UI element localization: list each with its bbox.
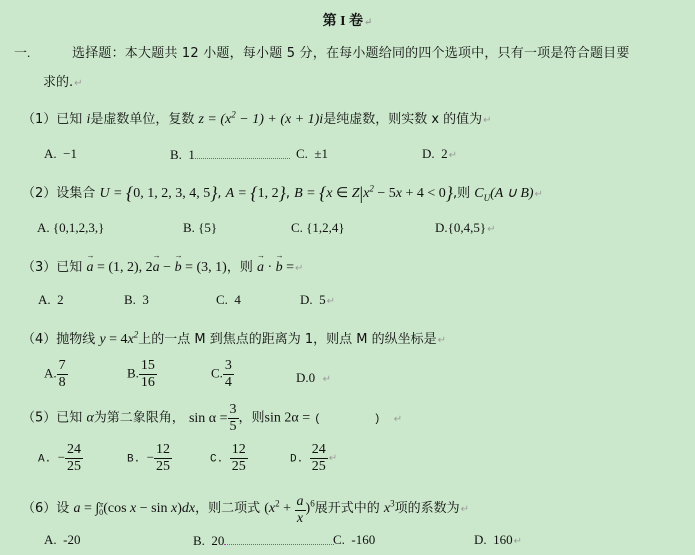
fraction: 2425 — [310, 442, 328, 475]
fraction: 1516 — [139, 358, 157, 391]
answer-blank: ( ) — [314, 414, 380, 426]
title-text: 第 I 卷 — [323, 14, 363, 29]
option-label: D. — [290, 453, 303, 465]
numerator: 7 — [57, 358, 68, 375]
option-label: B. — [193, 533, 205, 548]
q2-option-d[interactable]: D.{0,4,5}↵ — [435, 220, 496, 236]
vector-a: a — [257, 260, 264, 276]
math-integral: a = ∫π0(cos x − sin x)dx — [73, 501, 195, 516]
option-label: D. — [474, 532, 487, 547]
denominator: 25 — [65, 459, 83, 475]
question-text: 抛物线 — [56, 332, 95, 347]
numerator: 24 — [65, 442, 83, 459]
q2-option-c[interactable]: C. {1,2,4} — [291, 220, 345, 236]
paragraph-mark-icon: ↵ — [483, 115, 491, 126]
option-value: 4 — [234, 292, 241, 307]
q3-option-d[interactable]: D. 5↵ — [300, 292, 335, 308]
option-value: {0,4,5} — [448, 220, 486, 235]
dotted-underline — [224, 532, 334, 545]
numerator: 24 — [310, 442, 328, 459]
paragraph-mark-icon: ↵ — [438, 335, 446, 346]
denominator: 25 — [230, 459, 248, 475]
question-number: （3） — [22, 260, 56, 275]
option-value: -20 — [63, 532, 80, 547]
question-3: （3）已知 a = (1, 2), 2a − b = (3, 1)，则 a · … — [22, 256, 303, 276]
paragraph-mark-icon: ↵ — [449, 150, 457, 161]
fraction: 34 — [223, 358, 234, 391]
question-number: （4） — [22, 332, 56, 347]
math-sin-2alpha: sin 2α = — [265, 411, 311, 426]
question-number: （5） — [22, 411, 56, 426]
paragraph-mark-icon: ↵ — [535, 189, 543, 200]
numerator: a — [295, 494, 306, 511]
question-number: （2） — [22, 186, 56, 201]
question-1: （1）已知 i是虚数单位，复数 z = (x2 − 1) + (x + 1)i是… — [22, 108, 492, 128]
option-value: -160 — [351, 532, 375, 547]
q4-option-d[interactable]: D.0 ↵ — [296, 370, 331, 386]
denominator: 25 — [154, 459, 172, 475]
numerator: 12 — [230, 442, 248, 459]
math-set-b: B = {x ∈ Z|x2 − 5x + 4 < 0} — [294, 186, 453, 201]
q4-option-c[interactable]: C.34 — [211, 358, 234, 391]
option-label: A. — [38, 292, 51, 307]
fraction: 2425 — [65, 442, 83, 475]
q5-option-c[interactable]: C. 1225 — [210, 442, 248, 475]
vector-a: a — [153, 260, 160, 276]
paragraph-mark-icon: ↵ — [514, 536, 522, 547]
denominator: 25 — [310, 459, 328, 475]
option-value: 3 — [142, 292, 149, 307]
formula-part: = (3, 1) — [185, 260, 227, 275]
q3-option-a[interactable]: A. 2 — [38, 292, 64, 308]
option-label: C. — [333, 532, 345, 547]
question-text: 展开式中的 — [315, 501, 380, 516]
section-number: 一. — [14, 42, 30, 61]
option-label: C. — [291, 220, 303, 235]
option-value: {1,2,4} — [306, 220, 344, 235]
question-6: （6）设 a = ∫π0(cos x − sin x)dx，则二项式 (x2 +… — [22, 494, 469, 527]
math-sin-alpha: sin α =35 — [189, 411, 239, 426]
formula-part: = — [286, 260, 294, 275]
math-binomial: (x2 + ax)6 — [264, 501, 314, 516]
option-sign: − — [58, 449, 65, 464]
paragraph-mark-icon: ↵ — [487, 224, 495, 235]
math-alpha: α — [86, 411, 93, 426]
sin-expression: sin α = — [189, 411, 228, 426]
section-instructions-line1: 选择题：本大题共 12 小题，每小题 5 分，在每小题给同的四个选项中，只有一项… — [72, 42, 630, 61]
fraction: 78 — [57, 358, 68, 391]
option-label: D. — [296, 370, 309, 385]
instructions-text: 求的. — [43, 75, 73, 90]
question-text: 已知 — [56, 112, 82, 127]
denominator: 5 — [228, 419, 239, 435]
math-formula: y = 4x2 — [99, 332, 138, 347]
q5-option-d[interactable]: D. 2425↵ — [290, 442, 337, 475]
denominator: 4 — [223, 375, 234, 391]
complement-symbol: C — [474, 186, 483, 201]
option-value: {5} — [198, 220, 217, 235]
vector-b: b — [175, 260, 182, 276]
question-text: 上的一点 M 到焦点的距离为 1，则点 M 的纵坐标是 — [138, 332, 436, 347]
q5-option-b[interactable]: B. −1225 — [127, 442, 172, 475]
page-title: 第 I 卷↵ — [0, 10, 695, 30]
paren-close: ) — [374, 414, 381, 426]
question-number: （6） — [22, 501, 56, 516]
q6-option-c[interactable]: C. -160 — [333, 532, 375, 548]
option-label: C. — [211, 365, 223, 380]
option-label: B. — [183, 220, 195, 235]
option-label: A. — [44, 365, 57, 380]
option-label: A. — [44, 532, 57, 547]
question-text: ，则 — [227, 260, 253, 275]
q4-option-a[interactable]: A.78 — [44, 358, 68, 391]
question-text: 设集合 — [56, 186, 95, 201]
question-text: ，则 — [239, 411, 265, 426]
math-complement: CU(A ∪ B) — [474, 186, 533, 201]
math-set-a: A = {1, 2} — [226, 186, 286, 201]
q5-option-a[interactable]: A. −2425 — [38, 442, 83, 475]
option-label: D. — [422, 146, 435, 161]
question-number: （1） — [22, 112, 56, 127]
question-text: 是虚数单位，复数 — [90, 112, 194, 127]
question-2: （2）设集合 U = {0, 1, 2, 3, 4, 5}, A = {1, 2… — [22, 182, 543, 204]
option-value: 2 — [57, 292, 64, 307]
option-label: C. — [296, 146, 308, 161]
option-label: B. — [170, 147, 182, 162]
numerator: 3 — [223, 358, 234, 375]
numerator: 15 — [139, 358, 157, 375]
math-formula: z = (x2 − 1) + (x + 1)i — [198, 112, 323, 127]
vector-b: b — [276, 260, 283, 276]
question-text: 则 — [457, 186, 470, 201]
q2-option-b[interactable]: B. {5} — [183, 220, 217, 236]
denominator: 16 — [139, 375, 157, 391]
dotted-underline — [195, 146, 290, 159]
paragraph-mark-icon: ↵ — [364, 17, 372, 28]
q2-option-a[interactable]: A. {0,1,2,3,} — [37, 220, 104, 236]
paragraph-mark-icon: ↵ — [323, 374, 331, 385]
option-label: B. — [124, 292, 136, 307]
question-text: 为第二象限角， — [94, 411, 185, 426]
numerator: 12 — [154, 442, 172, 459]
option-label: B. — [127, 365, 139, 380]
fraction: 1225 — [230, 442, 248, 475]
question-text: 已知 — [56, 260, 82, 275]
paragraph-mark-icon: ↵ — [74, 78, 82, 89]
q1-option-c[interactable]: C. ±1 — [296, 146, 328, 162]
paragraph-mark-icon: ↵ — [327, 296, 335, 307]
section-instructions-line2: 求的.↵ — [43, 71, 83, 90]
q6-option-a[interactable]: A. -20 — [44, 532, 80, 548]
question-text: 已知 — [56, 411, 82, 426]
option-label: D. — [300, 292, 313, 307]
option-value: −1 — [63, 146, 77, 161]
vector-a: a — [86, 260, 93, 276]
question-text: 是纯虚数，则实数 x 的值为 — [323, 112, 482, 127]
option-value: 2 — [441, 146, 448, 161]
option-label: A. — [38, 453, 51, 465]
question-text: ，则二项式 — [195, 501, 260, 516]
q4-option-b[interactable]: B.1516 — [127, 358, 157, 391]
math-term: x3 — [384, 501, 395, 516]
paragraph-mark-icon: ↵ — [461, 504, 469, 515]
option-value: ±1 — [314, 146, 328, 161]
option-label: A. — [44, 146, 57, 161]
option-label: C. — [216, 292, 228, 307]
fraction: ax — [295, 494, 306, 527]
math-formula-vectors: a = (1, 2), 2a − b = (3, 1) — [86, 260, 226, 275]
denominator: 8 — [57, 375, 68, 391]
q6-option-d[interactable]: D. 160↵ — [474, 532, 522, 548]
complement-rest: (A ∪ B) — [490, 186, 533, 201]
question-4: （4）抛物线 y = 4x2上的一点 M 到焦点的距离为 1，则点 M 的纵坐标… — [22, 328, 446, 348]
q6-option-b[interactable]: B. 20 — [193, 532, 334, 549]
q3-option-c[interactable]: C. 4 — [216, 292, 241, 308]
option-value: 160 — [493, 532, 513, 547]
option-value: 0 — [309, 370, 316, 385]
paragraph-mark-icon: ↵ — [394, 414, 402, 425]
paragraph-mark-icon: ↵ — [329, 453, 337, 464]
q1-option-d[interactable]: D. 2↵ — [422, 146, 457, 162]
fraction: 35 — [228, 402, 239, 435]
paragraph-mark-icon: ↵ — [295, 263, 303, 274]
option-value: 20 — [211, 533, 224, 548]
option-sign: − — [147, 449, 154, 464]
question-5: （5）已知 α为第二象限角， sin α =35，则sin 2α = ( ) ↵ — [22, 402, 402, 435]
q3-option-b[interactable]: B. 3 — [124, 292, 149, 308]
question-text: 设 — [56, 501, 69, 516]
option-label: B. — [127, 453, 140, 465]
math-set-u: U = {0, 1, 2, 3, 4, 5} — [99, 186, 217, 201]
math-dot-product: a · b = — [257, 260, 294, 275]
option-label: D. — [435, 220, 448, 235]
option-value: {0,1,2,3,} — [53, 220, 104, 235]
question-text: 项的系数为 — [395, 501, 460, 516]
q1-option-a[interactable]: A. −1 — [44, 146, 77, 162]
paren-open: ( — [314, 414, 321, 426]
option-label: C. — [210, 453, 223, 465]
denominator: x — [295, 511, 306, 527]
option-label: A. — [37, 220, 50, 235]
fraction: 1225 — [154, 442, 172, 475]
q1-option-b[interactable]: B. 1 — [170, 146, 290, 163]
option-value: 5 — [319, 292, 326, 307]
numerator: 3 — [228, 402, 239, 419]
formula-part: = (1, 2), — [97, 260, 142, 275]
